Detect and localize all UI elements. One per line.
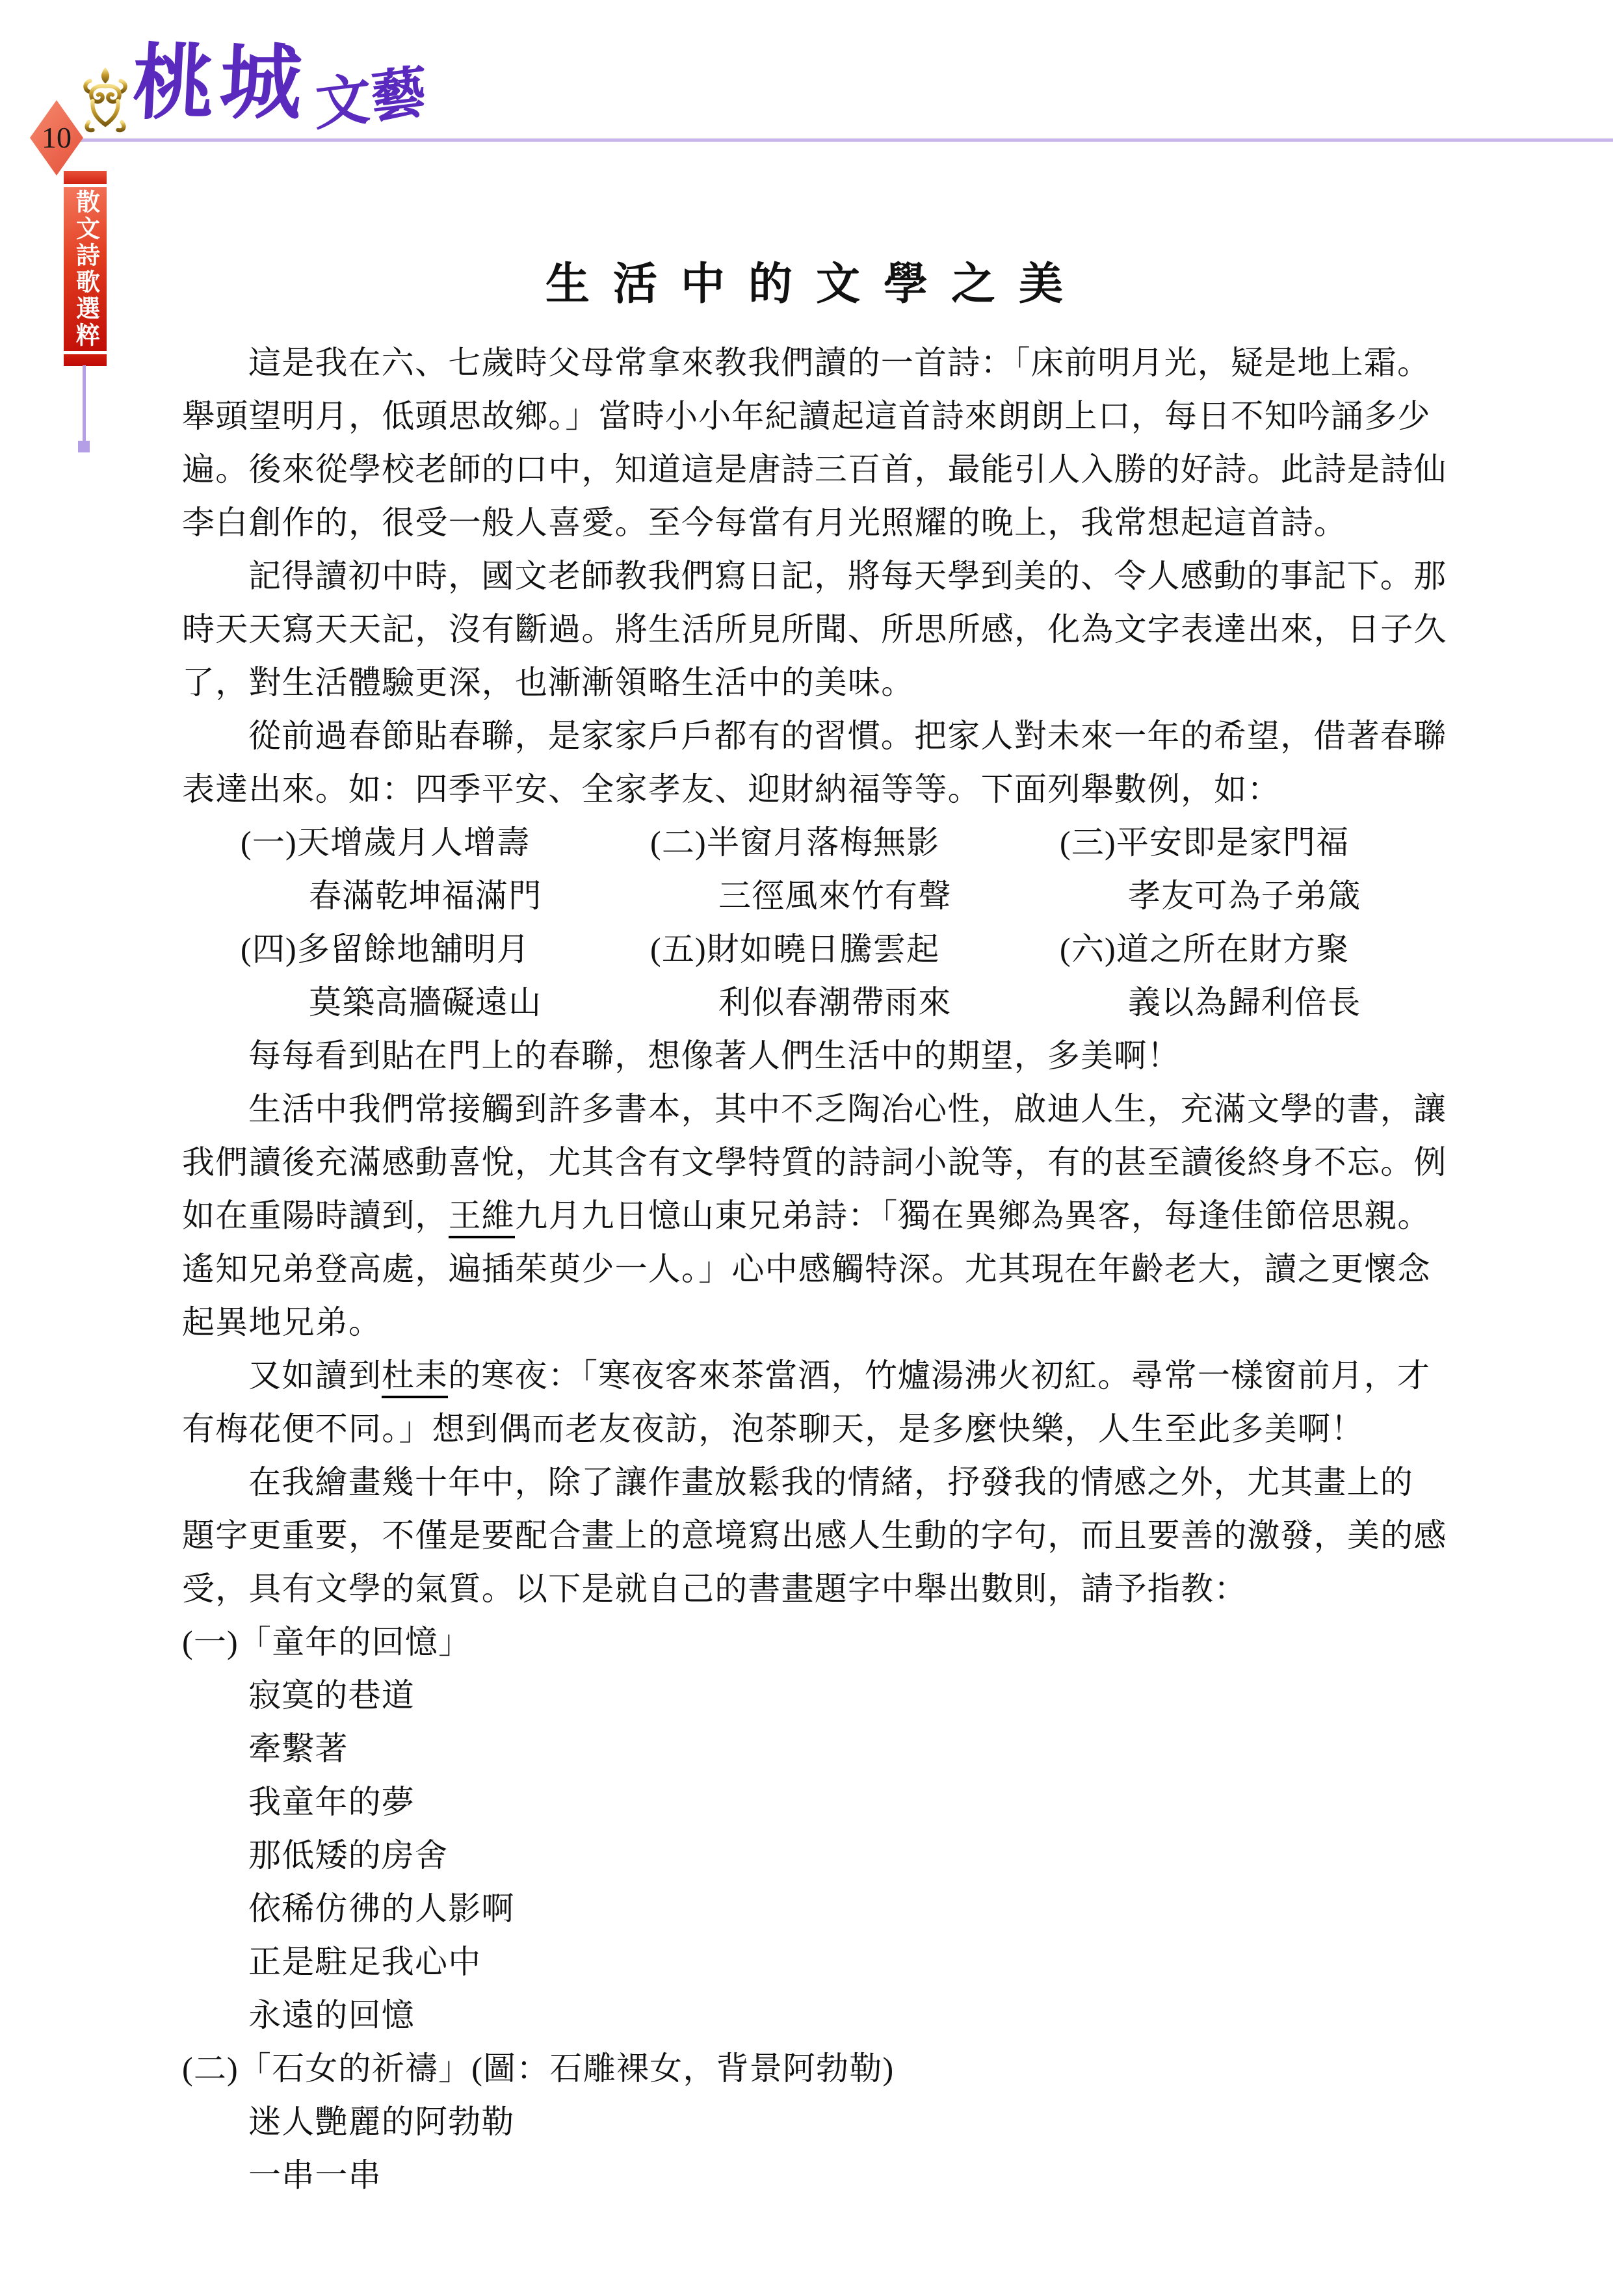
text-segment: 有梅花便不同。」想到偶而老友夜訪，泡茶聊天，是多麼快樂，人生至此多美啊！ — [182, 1411, 1364, 1447]
text-segment: 這是我在六、七歲時父母常拿來教我們讀的一首詩：「床前明月光，疑是地上霜。 — [248, 345, 1430, 381]
banner-hang-line — [83, 365, 86, 445]
text-segment: 時天天寫天天記，沒有斷過。將生活所見所聞、所思所感，化為文字表達出來，日子久 — [182, 611, 1447, 647]
couplet-cell: 利似春潮帶雨來 — [718, 976, 951, 1029]
couplet-row: (一)天增歲月人增壽(二)半窗月落梅無影(三)平安即是家門福 — [182, 816, 1450, 869]
verse-line: 牽繫著 — [182, 1722, 1450, 1775]
text-segment: 從前過春節貼春聯，是家家戶戶都有的習慣。把家人對未來一年的希望，借著春聯 — [248, 718, 1447, 754]
text-segment: 我童年的夢 — [248, 1784, 415, 1820]
text-segment: 受，具有文學的氣質。以下是就自己的書畫題字中舉出數則，請予指教： — [182, 1571, 1247, 1607]
header-rule — [65, 138, 1613, 142]
verse-line: 那低矮的房舍 — [182, 1829, 1450, 1882]
text-segment: 在我繪畫幾十年中，除了讓作畫放鬆我的情緒，抒發我的情感之外，尤其畫上的 — [248, 1464, 1413, 1500]
banner-hang-square — [78, 441, 90, 452]
text-segment: 我們讀後充滿感動喜悅，尤其含有文學特質的詩詞小說等，有的甚至讀後終身不忘。例 — [182, 1144, 1447, 1181]
text-segment: 了，對生活體驗更深，也漸漸領略生活中的美味。 — [182, 664, 914, 701]
text-segment: 牽繫著 — [248, 1730, 348, 1767]
text-segment: 遙知兄弟登高處，遍插茱萸少一人。」心中感觸特深。尤其現在年齡老大，讀之更懷念 — [182, 1251, 1431, 1287]
underlined-name: 王維 — [449, 1197, 515, 1238]
text-segment: 表達出來。如：四季平安、全家孝友、迎財納福等等。下面列舉數例，如： — [182, 771, 1281, 807]
couplet-cell: (一)天增歲月人增壽 — [241, 816, 530, 869]
article-body: 這是我在六、七歲時父母常拿來教我們讀的一首詩：「床前明月光，疑是地上霜。舉頭望明… — [182, 336, 1450, 2202]
verse-line: 我童年的夢 — [182, 1775, 1450, 1829]
verse-line: 永遠的回憶 — [182, 1989, 1450, 2042]
paragraph-line: 我們讀後充滿感動喜悅，尤其含有文學特質的詩詞小說等，有的甚至讀後終身不忘。例 — [182, 1136, 1450, 1189]
verse-line: 迷人艷麗的阿勃勒 — [182, 2095, 1450, 2148]
text-segment: 記得讀初中時，國文老師教我們寫日記，將每天學到美的、令人感動的事記下。那 — [248, 558, 1447, 594]
paragraph-line: 遍。後來從學校老師的口中，知道這是唐詩三百首，最能引人入勝的好詩。此詩是詩仙 — [182, 443, 1450, 496]
text-segment: 舉頭望明月，低頭思故鄉。」當時小小年紀讀起這首詩來朗朗上口，每日不知吟誦多少 — [182, 398, 1431, 434]
paragraph-line: 又如讀到杜耒的寒夜：「寒夜客來茶當酒，竹爐湯沸火初紅。尋常一樣窗前月，才 — [182, 1349, 1450, 1402]
magazine-page: { "page": { "number": "10" }, "masthead"… — [0, 0, 1613, 2296]
paragraph-line: 生活中我們常接觸到許多書本，其中不乏陶冶心性，啟迪人生，充滿文學的書，讓 — [182, 1082, 1450, 1136]
section-banner: 散文詩歌選粹 — [64, 187, 107, 351]
couplet-row: 莫築高牆礙遠山利似春潮帶雨來義以為歸利倍長 — [182, 976, 1450, 1029]
paragraph-line: 表達出來。如：四季平安、全家孝友、迎財納福等等。下面列舉數例，如： — [182, 763, 1450, 816]
text-segment: 一串一串 — [248, 2157, 382, 2193]
text-segment: 生活中我們常接觸到許多書本，其中不乏陶冶心性，啟迪人生，充滿文學的書，讓 — [248, 1091, 1447, 1127]
text-segment: 如在重陽時讀到， — [182, 1197, 449, 1234]
paragraph-line: 從前過春節貼春聯，是家家戶戶都有的習慣。把家人對未來一年的希望，借著春聯 — [182, 709, 1450, 763]
section-banner-cap-bottom — [64, 354, 107, 366]
text-segment: 寂寞的巷道 — [248, 1677, 415, 1714]
couplet-row: (四)多留餘地舖明月(五)財如曉日騰雲起(六)道之所在財方聚 — [182, 922, 1450, 976]
paragraph-line: 遙知兄弟登高處，遍插茱萸少一人。」心中感觸特深。尤其現在年齡老大，讀之更懷念 — [182, 1242, 1450, 1296]
text-segment: 迷人艷麗的阿勃勒 — [248, 2104, 515, 2140]
text-segment: 李白創作的，很受一般人喜愛。至今每當有月光照耀的晚上，我常想起這首詩。 — [182, 504, 1347, 541]
paragraph-line: 受，具有文學的氣質。以下是就自己的書畫題字中舉出數則，請予指教： — [182, 1562, 1450, 1615]
couplet-cell: (三)平安即是家門福 — [1060, 816, 1349, 869]
text-segment: (一)「童年的回憶」 — [182, 1624, 471, 1660]
text-segment: 依稀仿彿的人影啊 — [248, 1890, 515, 1927]
text-segment: 又如讀到 — [248, 1357, 382, 1394]
couplet-cell: 春滿乾坤福滿門 — [309, 869, 542, 922]
paragraph-line: 每每看到貼在門上的春聯，想像著人們生活中的期望，多美啊！ — [182, 1029, 1450, 1082]
paragraph-line: 了，對生活體驗更深，也漸漸領略生活中的美味。 — [182, 656, 1450, 709]
couplet-cell: (五)財如曉日騰雲起 — [650, 922, 939, 976]
verse-line: 依稀仿彿的人影啊 — [182, 1882, 1450, 1935]
section-banner-cap-top — [64, 171, 107, 184]
verse-line: (二)「石女的祈禱」(圖：石雕裸女，背景阿勃勒) — [182, 2042, 1450, 2095]
underlined-name: 杜耒 — [382, 1357, 448, 1398]
page-number-badge: 10 — [30, 100, 83, 176]
verse-line: 寂寞的巷道 — [182, 1669, 1450, 1722]
text-segment: 永遠的回憶 — [248, 1997, 415, 2033]
paragraph-line: 舉頭望明月，低頭思故鄉。」當時小小年紀讀起這首詩來朗朗上口，每日不知吟誦多少 — [182, 389, 1450, 443]
text-segment: 起異地兄弟。 — [182, 1304, 382, 1340]
couplet-cell: 孝友可為子弟箴 — [1128, 869, 1361, 922]
couplet-cell: (六)道之所在財方聚 — [1060, 922, 1349, 976]
paragraph-line: 如在重陽時讀到，王維九月九日憶山東兄弟詩：「獨在異鄉為異客，每逢佳節倍思親。 — [182, 1189, 1450, 1242]
text-segment: 那低矮的房舍 — [248, 1837, 448, 1873]
paragraph-line: 時天天寫天天記，沒有斷過。將生活所見所聞、所思所感，化為文字表達出來，日子久 — [182, 603, 1450, 656]
paragraph-line: 題字更重要，不僅是要配合畫上的意境寫出感人生動的字句，而且要善的激發，美的感 — [182, 1509, 1450, 1562]
text-segment: 的寒夜：「寒夜客來茶當酒，竹爐湯沸火初紅。尋常一樣窗前月，才 — [448, 1357, 1430, 1394]
text-segment: 題字更重要，不僅是要配合畫上的意境寫出感人生動的字句，而且要善的激發，美的感 — [182, 1517, 1447, 1554]
paragraph-line: 李白創作的，很受一般人喜愛。至今每當有月光照耀的晚上，我常想起這首詩。 — [182, 496, 1450, 549]
couplet-cell: 三徑風來竹有聲 — [718, 869, 951, 922]
text-segment: 九月九日憶山東兄弟詩：「獨在異鄉為異客，每逢佳節倍思親。 — [515, 1197, 1431, 1234]
paragraph-line: 這是我在六、七歲時父母常拿來教我們讀的一首詩：「床前明月光，疑是地上霜。 — [182, 336, 1450, 389]
couplet-cell: 義以為歸利倍長 — [1128, 976, 1361, 1029]
verse-line: (一)「童年的回憶」 — [182, 1615, 1450, 1669]
text-segment: 正是駐足我心中 — [248, 1944, 481, 1980]
couplet-cell: 莫築高牆礙遠山 — [309, 976, 542, 1029]
masthead-brand-large: 桃城 — [130, 38, 309, 132]
masthead: 桃城 文藝 — [133, 38, 426, 132]
section-banner-label: 散文詩歌選粹 — [73, 189, 98, 349]
paragraph-line: 起異地兄弟。 — [182, 1296, 1450, 1349]
paragraph-line: 有梅花便不同。」想到偶而老友夜訪，泡茶聊天，是多麼快樂，人生至此多美啊！ — [182, 1402, 1450, 1455]
page-number: 10 — [42, 123, 72, 153]
couplet-row: 春滿乾坤福滿門三徑風來竹有聲孝友可為子弟箴 — [182, 869, 1450, 922]
text-segment: 每每看到貼在門上的春聯，想像著人們生活中的期望，多美啊！ — [248, 1037, 1181, 1074]
couplet-cell: (二)半窗月落梅無影 — [650, 816, 939, 869]
couplet-cell: (四)多留餘地舖明月 — [241, 922, 530, 976]
article-title: 生活中的文學之美 — [182, 256, 1450, 312]
verse-line: 一串一串 — [182, 2148, 1450, 2202]
verse-line: 正是駐足我心中 — [182, 1935, 1450, 1989]
masthead-brand-small: 文藝 — [315, 64, 426, 133]
text-segment: (二)「石女的祈禱」(圖：石雕裸女，背景阿勃勒) — [182, 2050, 894, 2087]
gold-emblem-icon — [82, 66, 129, 134]
paragraph-line: 在我繪畫幾十年中，除了讓作畫放鬆我的情緒，抒發我的情感之外，尤其畫上的 — [182, 1455, 1450, 1509]
text-segment: 遍。後來從學校老師的口中，知道這是唐詩三百首，最能引人入勝的好詩。此詩是詩仙 — [182, 451, 1447, 488]
paragraph-line: 記得讀初中時，國文老師教我們寫日記，將每天學到美的、令人感動的事記下。那 — [182, 549, 1450, 603]
